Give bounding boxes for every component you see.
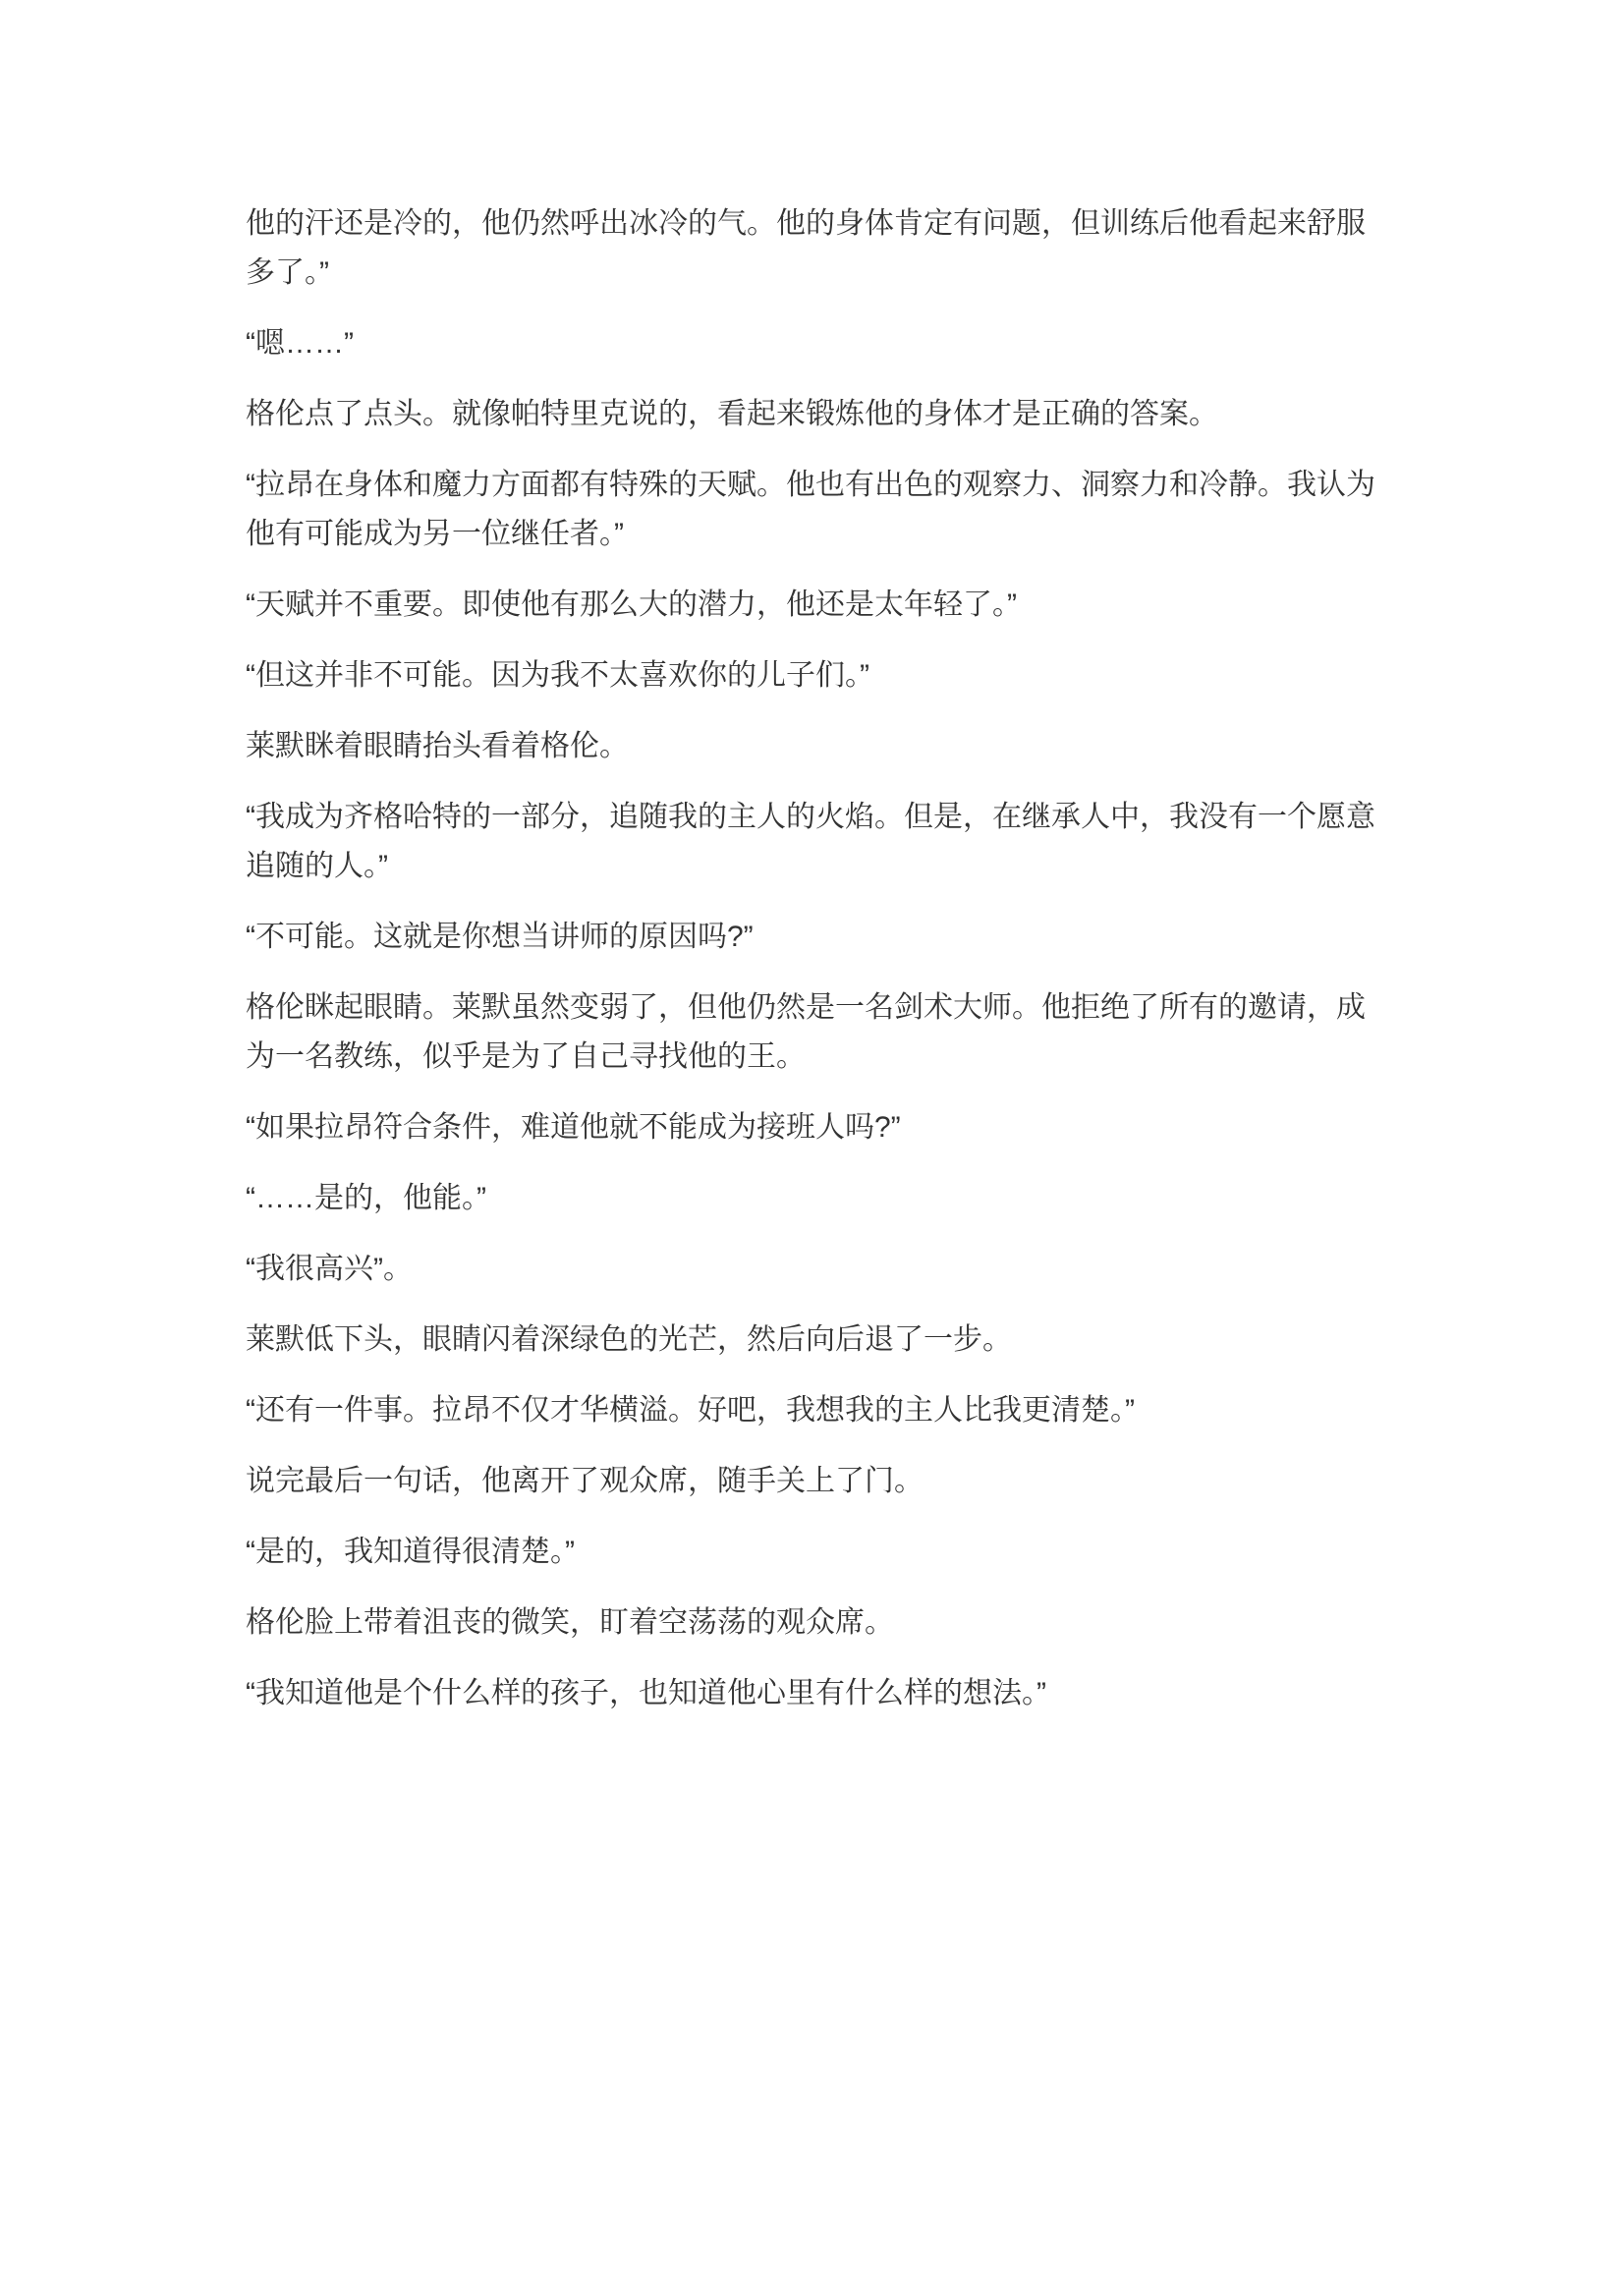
paragraph: 莱默眯着眼睛抬头看着格伦。 — [246, 722, 1375, 771]
paragraph: “我成为齐格哈特的一部分，追随我的主人的火焰。但是，在继承人中，我没有一个愿意追… — [246, 793, 1375, 891]
paragraph: “天赋并不重要。即使他有那么大的潜力，他还是太年轻了。” — [246, 581, 1375, 630]
paragraph: “如果拉昂符合条件，难道他就不能成为接班人吗?” — [246, 1103, 1375, 1152]
paragraph: “是的，我知道得很清楚。” — [246, 1528, 1375, 1577]
paragraph: “我知道他是个什么样的孩子，也知道他心里有什么样的想法。” — [246, 1669, 1375, 1718]
paragraph: “还有一件事。拉昂不仅才华横溢。好吧，我想我的主人比我更清楚。” — [246, 1386, 1375, 1435]
paragraph: “但这并非不可能。因为我不太喜欢你的儿子们。” — [246, 651, 1375, 700]
paragraph: “拉昂在身体和魔力方面都有特殊的天赋。他也有出色的观察力、洞察力和冷静。我认为他… — [246, 461, 1375, 559]
paragraph: “嗯……” — [246, 319, 1375, 368]
paragraph: “我很高兴”。 — [246, 1245, 1375, 1294]
paragraph: 格伦眯起眼睛。莱默虽然变弱了，但他仍然是一名剑术大师。他拒绝了所有的邀请，成为一… — [246, 983, 1375, 1082]
paragraph: 说完最后一句话，他离开了观众席，随手关上了门。 — [246, 1457, 1375, 1506]
paragraph: 格伦点了点头。就像帕特里克说的，看起来锻炼他的身体才是正确的答案。 — [246, 390, 1375, 439]
text-block: 他的汗还是冷的，他仍然呼出冰冷的气。他的身体肯定有问题，但训练后他看起来舒服多了… — [246, 199, 1375, 1740]
paragraph: “……是的，他能。” — [246, 1174, 1375, 1223]
document-page: 他的汗还是冷的，他仍然呼出冰冷的气。他的身体肯定有问题，但训练后他看起来舒服多了… — [0, 0, 1624, 2296]
paragraph: 格伦脸上带着沮丧的微笑，盯着空荡荡的观众席。 — [246, 1598, 1375, 1648]
paragraph: 他的汗还是冷的，他仍然呼出冰冷的气。他的身体肯定有问题，但训练后他看起来舒服多了… — [246, 199, 1375, 298]
paragraph: 莱默低下头，眼睛闪着深绿色的光芒，然后向后退了一步。 — [246, 1316, 1375, 1365]
paragraph: “不可能。这就是你想当讲师的原因吗?” — [246, 913, 1375, 962]
